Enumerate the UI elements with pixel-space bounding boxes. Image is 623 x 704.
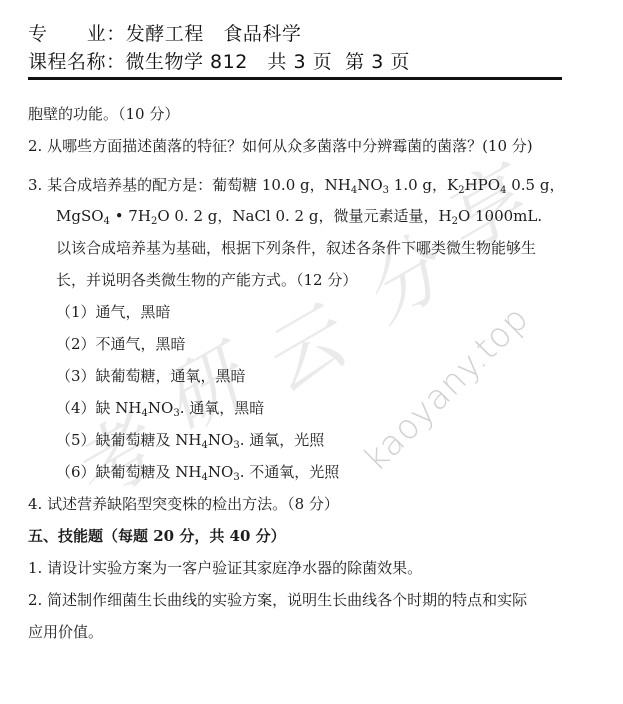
- question-4: 4. 试述营养缺陷型突变株的检出方法。（8 分）: [28, 494, 339, 514]
- exam-body: 胞壁的功能。（10 分） 2. 从哪些方面描述菌落的特征？如何从众多菌落中分辨霉…: [0, 0, 623, 704]
- continuation-text: 胞壁的功能。（10 分）: [28, 104, 179, 124]
- question-3-line-2: MgSO4 • 7H2O 0. 2 g，NaCl 0. 2 g，微量元素适量，H…: [56, 206, 542, 226]
- question-3-line-4: 长，并说明各类微生物的产能方式。（12 分）: [56, 270, 357, 290]
- condition-1: （1）通气，黑暗: [56, 302, 171, 322]
- section-5-question-2-line-2: 应用价值。: [28, 622, 103, 642]
- question-3-line-1: 3. 某合成培养基的配方是：葡萄糖 10.0 g，NH4NO3 1.0 g，K2…: [28, 175, 564, 195]
- condition-2: （2）不通气，黑暗: [56, 334, 186, 354]
- condition-4: （4）缺 NH4NO3. 通氧，黑暗: [56, 398, 264, 418]
- condition-5: （5）缺葡萄糖及 NH4NO3. 通氧，光照: [56, 430, 324, 450]
- condition-3: （3）缺葡萄糖，通氧，黑暗: [56, 366, 246, 386]
- section-5-title: 五、技能题（每题 20 分，共 40 分）: [28, 526, 286, 546]
- section-5-question-1: 1. 请设计实验方案为一客户验证其家庭净水器的除菌效果。: [28, 558, 422, 578]
- question-3-line-3: 以该合成培养基为基础，根据下列条件，叙述各条件下哪类微生物能够生: [56, 238, 536, 258]
- question-2: 2. 从哪些方面描述菌落的特征？如何从众多菌落中分辨霉菌的菌落？(10 分): [28, 136, 533, 156]
- section-5-question-2-line-1: 2. 简述制作细菌生长曲线的实验方案，说明生长曲线各个时期的特点和实际: [28, 590, 527, 610]
- condition-6: （6）缺葡萄糖及 NH4NO3. 不通氧，光照: [56, 462, 339, 482]
